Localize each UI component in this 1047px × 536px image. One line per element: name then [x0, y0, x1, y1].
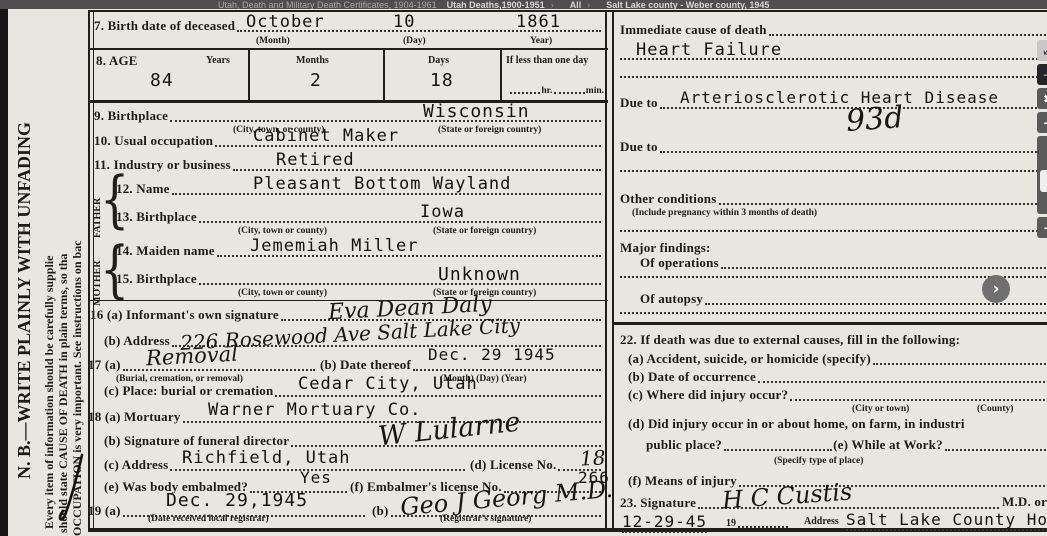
field-label: 15. Birthplace [116, 271, 197, 287]
zoom-slider-handle[interactable] [1040, 170, 1047, 192]
tools-button[interactable]: ✖ [1037, 88, 1047, 109]
field-other-conditions: Other conditions [620, 190, 1047, 207]
field-label: (b) Signature of funeral director [104, 433, 289, 449]
field-label: 17 (a) [88, 357, 121, 373]
handwritten-value: 18 [579, 445, 606, 470]
field-label: (c) Place: burial or cremation [104, 383, 273, 399]
zoom-in-button[interactable]: + [1037, 112, 1047, 133]
field-label: (c) Where did injury occur? [628, 387, 788, 403]
dotted-leader [724, 448, 832, 451]
sub-label: (City, town or county) [238, 226, 327, 236]
dotted-leader [554, 91, 584, 94]
column-header: Years [206, 55, 230, 66]
dotted-leader [170, 119, 601, 122]
sub-label: (Day) [403, 36, 426, 46]
typed-value: 12-29-45 [622, 512, 707, 533]
typed-value: Warner Mortuary Co. [208, 400, 421, 420]
sub-label: (County) [977, 404, 1013, 414]
typed-value: Dec. 29,1945 [166, 490, 308, 511]
typed-value: 18 [430, 70, 454, 91]
field-label: 12. Name [116, 181, 170, 197]
typed-value: Heart Failure [636, 40, 782, 60]
expand-icon: ⤢ [1043, 43, 1047, 58]
field-label: 13. Birthplace [116, 209, 197, 225]
sub-label: (State or foreign country) [433, 226, 536, 236]
field-label: Address [804, 516, 839, 527]
field-label: Of autopsy [640, 291, 703, 307]
typed-value: Dec. 29 1945 [428, 345, 556, 364]
dotted-line [738, 526, 788, 528]
sub-label: (Specify type of place) [774, 456, 863, 466]
field-label: Due to [620, 95, 658, 111]
typed-value: 1861 [516, 12, 561, 32]
field-label: 8. AGE [96, 53, 138, 69]
dotted-line [620, 230, 1047, 232]
typed-value: 84 [150, 70, 174, 91]
typed-value: Iowa [420, 202, 465, 222]
dotted-leader [719, 202, 1047, 205]
breadcrumb-bar: Utah, Death and Military Death Certifica… [0, 0, 1047, 9]
field-22a: (a) Accident, suicide, or homicide (spec… [628, 350, 1047, 367]
typed-value: Salt Lake County Ho [846, 510, 1047, 531]
image-viewer: { "viewer": { "topbar": { "collection": … [0, 0, 1047, 536]
tools-icon: ✖ [1043, 92, 1047, 106]
plus-icon: + [1043, 116, 1047, 130]
typed-value: Arteriosclerotic Heart Disease [680, 88, 999, 107]
chevron-separator-icon: › [587, 0, 590, 9]
field-label: (b) Date thereof [320, 357, 411, 373]
pan-tool-button[interactable]: ➜ [1037, 64, 1047, 85]
field-label: 10. Usual occupation [94, 133, 213, 149]
typed-value: Cedar City, Utah [298, 374, 478, 394]
typed-value: 2 [310, 70, 322, 91]
dotted-leader [199, 282, 601, 285]
field-label: (b) Date of occurrence [628, 369, 756, 385]
dotted-leader [945, 448, 1047, 451]
breadcrumb-item[interactable]: All [570, 0, 582, 9]
sub-label: (Date received local registrar) [148, 514, 269, 524]
scanned-certificate: N. B.—WRITE PLAINLY WITH UNFADING Every … [0, 9, 1047, 536]
dotted-leader [721, 266, 1047, 269]
dotted-leader [660, 150, 1047, 153]
breadcrumb-item[interactable]: Utah Deaths,1900-1951 [447, 0, 545, 9]
field-label: Immediate cause of death [620, 22, 767, 38]
field-label: Of operations [640, 255, 719, 271]
certificate-left-column: 7. Birth date of deceased October 10 186… [88, 10, 608, 532]
divider [500, 48, 502, 100]
expand-button[interactable]: ⤢ [1037, 40, 1047, 61]
dotted-leader [790, 398, 1047, 401]
column-header: Months [296, 55, 329, 66]
divider [383, 48, 385, 100]
typed-value: Wisconsin [423, 101, 530, 122]
sub-label: min. [586, 86, 604, 96]
chevron-separator-icon: › [551, 0, 554, 9]
typed-value: Cabinet Maker [253, 126, 399, 146]
dotted-leader [199, 220, 601, 223]
dotted-line [620, 276, 1047, 278]
divider [248, 48, 250, 100]
margin-note: N. B.—WRITE PLAINLY WITH UNFADING [14, 122, 35, 479]
field-label: (d) License No. [470, 457, 556, 473]
zoom-slider[interactable] [1037, 136, 1047, 214]
dotted-leader [413, 368, 601, 371]
field-father-birthplace: 13. Birthplace [116, 208, 602, 225]
chevron-right-icon: › [992, 279, 999, 299]
field-22b: (b) Date of occurrence [628, 368, 1047, 385]
field-22d2: public place? (e) While at Work? [646, 436, 1047, 453]
typed-value: Retired [276, 150, 355, 170]
column-header: If less than one day [506, 55, 588, 66]
typed-value: 10 [393, 12, 415, 32]
dotted-line [620, 76, 1047, 78]
field-label: 14. Maiden name [116, 243, 215, 259]
sub-label: (City or town) [852, 404, 909, 414]
field-label: (e) While at Work? [833, 437, 943, 453]
field-22c: (c) Where did injury occur? [628, 386, 1047, 403]
field-label: 16 (a) Informant's own signature [90, 307, 279, 323]
next-image-button[interactable]: › [982, 275, 1010, 303]
dotted-leader [769, 33, 1047, 36]
field-label: 19 (a) [88, 503, 121, 519]
margin-note: Every item of information should be care… [42, 256, 57, 529]
field-label: 18 (a) Mortuary [88, 409, 181, 425]
divider [88, 100, 608, 103]
divider [614, 322, 1047, 325]
divider [88, 48, 608, 50]
breadcrumb-item[interactable]: Salt Lake county - Weber county, 1945 [606, 0, 769, 9]
minus-icon: − [1043, 221, 1047, 235]
field-label: 23. Signature [620, 495, 696, 511]
field-label: Due to [620, 139, 658, 155]
sub-label: (Registrar's signature) [440, 514, 531, 524]
handwritten-value: Removal [145, 342, 238, 371]
sub-label: hr. [541, 86, 552, 96]
certificate-right-column: Immediate cause of death Heart Failure D… [614, 10, 1047, 532]
hr-min-row: hr. min. [508, 82, 604, 96]
field-label: M.D. or o [1002, 494, 1047, 510]
handwritten-checkmark [56, 451, 92, 531]
sub-label: (Include pregnancy within 3 months of de… [632, 208, 817, 218]
dotted-line [620, 170, 1047, 172]
field-label: (d) Did injury occur in or about home, o… [628, 416, 965, 432]
field-mother-birthplace: 15. Birthplace [116, 270, 602, 287]
field-label: 9. Birthplace [94, 108, 168, 124]
sub-label: (City, town or county) [238, 288, 327, 298]
field-of-operations: Of operations [640, 254, 1047, 271]
dotted-leader [510, 91, 540, 94]
dotted-line [620, 58, 1047, 60]
sub-label: (Month) [256, 36, 290, 46]
field-label: (a) Accident, suicide, or homicide (spec… [628, 351, 871, 367]
field-label: 7. Birth date of deceased [94, 18, 235, 34]
field-label: public place? [646, 437, 722, 453]
field-label: (c) Address [104, 457, 168, 473]
column-header: Days [428, 55, 449, 66]
typed-value: Pleasant Bottom Wayland [253, 174, 511, 194]
field-label: (b) [372, 503, 389, 519]
typed-value: Jememiah Miller [250, 236, 419, 256]
scan-edge [0, 9, 8, 536]
field-funeral-director-signature: (b) Signature of funeral director [104, 432, 602, 449]
collection-title: Utah, Death and Military Death Certifica… [218, 0, 437, 9]
typed-value: Unknown [438, 264, 521, 285]
dotted-leader [873, 362, 1047, 365]
dotted-leader [758, 380, 1047, 383]
sub-label: Year) [530, 36, 552, 46]
field-due-to-2: Due to [620, 138, 1047, 155]
field-label: Other conditions [620, 191, 717, 207]
typed-value: Richfield, Utah [182, 448, 351, 468]
zoom-toolbar: ⤢ ➜ ✖ + − [1037, 40, 1047, 238]
dotted-leader [275, 394, 601, 397]
field-label: 22. If death was due to external causes,… [620, 332, 960, 348]
sub-label: 19 [726, 518, 736, 529]
green-arrow-icon: ➜ [1043, 68, 1047, 82]
zoom-out-button[interactable]: − [1037, 217, 1047, 238]
dotted-line [620, 312, 1047, 314]
field-immediate-cause: Immediate cause of death [620, 21, 1047, 38]
handwritten-annotation: 93d [845, 100, 905, 139]
typed-value: October [246, 12, 325, 32]
typed-value: Yes [300, 468, 332, 487]
